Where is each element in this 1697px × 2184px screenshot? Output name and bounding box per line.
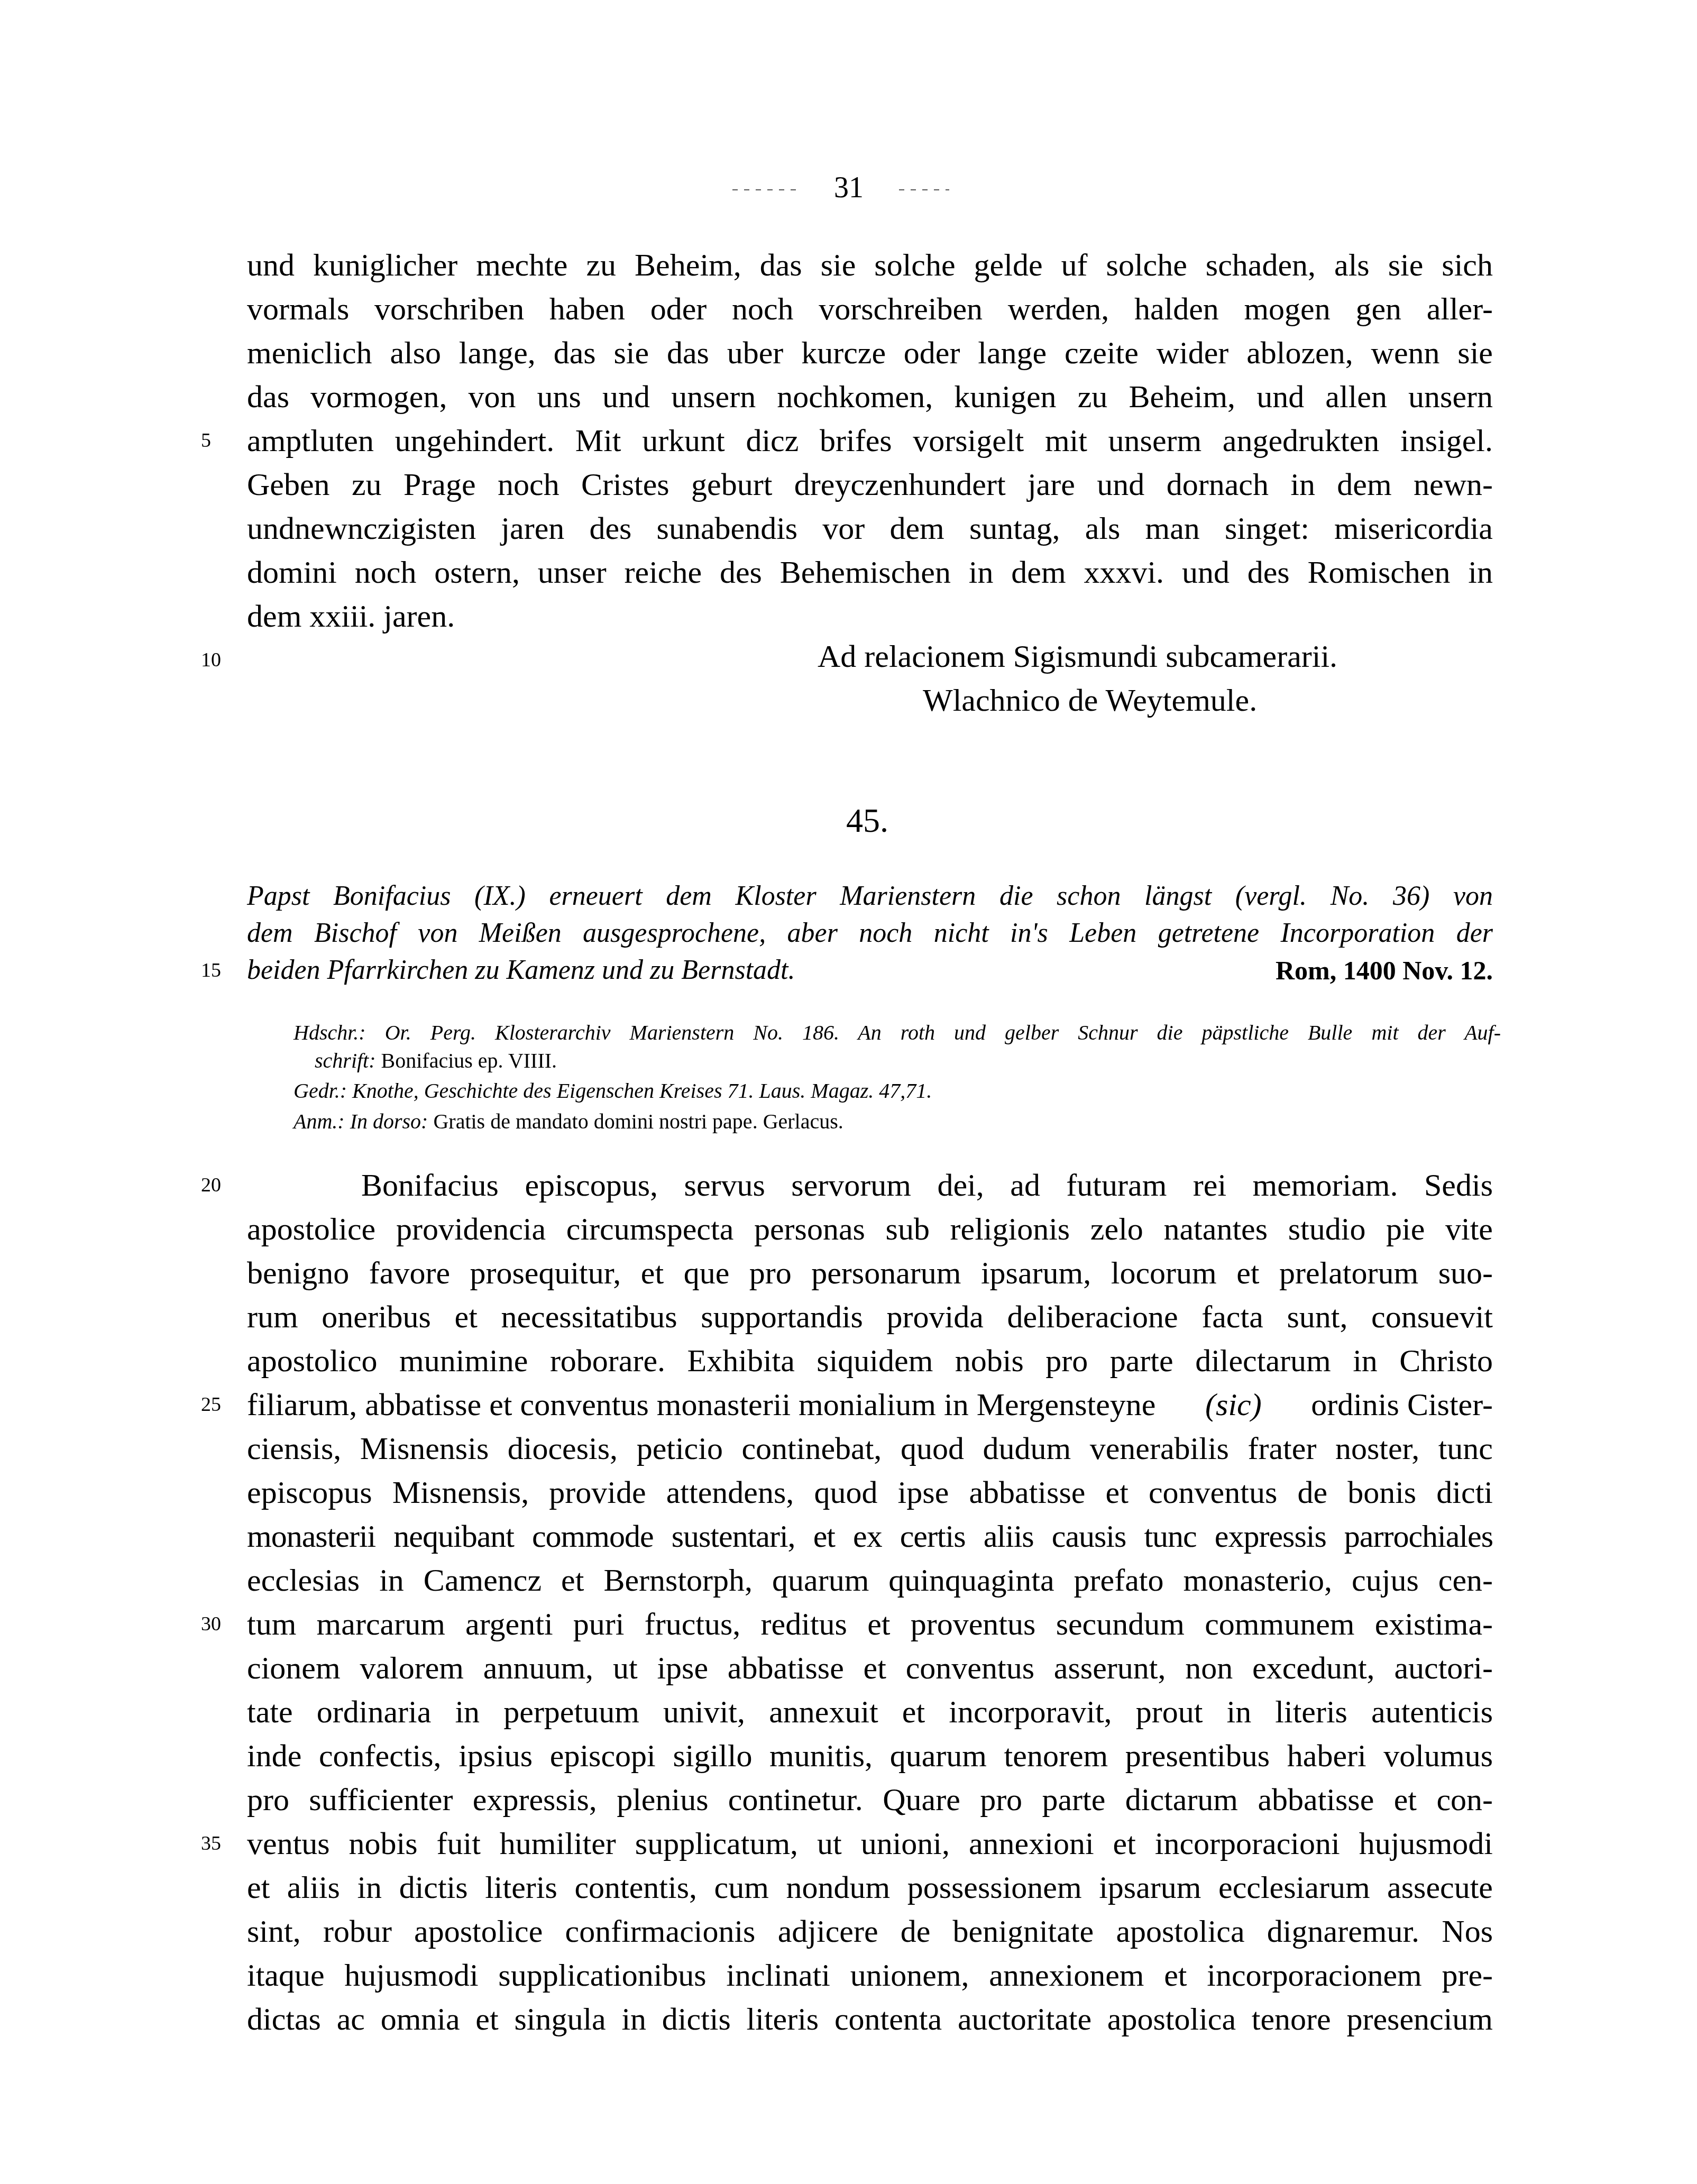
ornamental-rule-right [899,189,949,190]
running-head: 31 [0,169,1697,206]
apparatus-gedr: Gedr.: Knothe, Geschichte des Eigenschen… [293,1076,1501,1106]
apparatus-note: Gratis de mandato domini nostri pape. Ge… [433,1109,843,1133]
apparatus-text: In dorso: [350,1109,428,1133]
text-segment: ordinis Cister- [1311,1383,1493,1427]
text-line: tate ordinaria in perpetuum univit, anne… [247,1690,1493,1734]
sic-annotation: (sic) [1205,1383,1262,1427]
text-line: domini noch ostern, unser reiche des Beh… [247,550,1493,594]
line-number: 25 [201,1383,238,1427]
document-page: 31 und kuniglicher mechte zu Beheim, das… [0,0,1697,2184]
text-line: ventus nobis fuit humiliter supplicatum,… [247,1822,1493,1866]
apparatus-label: Gedr.: [293,1079,347,1103]
text-line: monasterii nequibant commode sustentari,… [247,1515,1493,1558]
text-line: tum marcarum argenti puri fructus, redit… [247,1602,1493,1646]
text-line: undnewnczigisten jaren des sunabendis vo… [247,507,1493,550]
text-line: episcopus Misnensis, provide attendens, … [247,1471,1493,1515]
apparatus-text: Or. Perg. Klosterarchiv Marienstern No. … [385,1021,1501,1044]
dateline: Rom, 1400 Nov. 12. [1252,952,1493,989]
line-number: 10 [201,638,238,682]
text-line: Bonifacius episcopus, servus servorum de… [361,1163,1493,1207]
text-line: ecclesias in Camencz et Bernstorph, quar… [247,1558,1493,1602]
text-line: sint, robur apostolice confirmacionis ad… [247,1910,1493,1953]
text-line: dem xxiii. jaren. [247,594,1493,638]
text-line: dictas ac omnia et singula in dictis lit… [247,1997,1493,2041]
apparatus-inscription: Bonifacius ep. VIIII. [381,1049,557,1072]
text-line: inde confectis, ipsius episcopi sigillo … [247,1734,1493,1778]
text-line: und kuniglicher mechte zu Beheim, das si… [247,243,1493,287]
regest-line: beiden Pfarrkirchen zu Kamenz und zu Ber… [247,952,1146,989]
text-line: apostolico munimine roborare. Exhibita s… [247,1339,1493,1383]
apparatus-text: Knothe, Geschichte des Eigenschen Kreise… [352,1079,932,1103]
line-number: 20 [201,1163,238,1207]
text-line: apostolice providencia circumspecta pers… [247,1207,1493,1251]
signature-scribe: Wlachnico de Weytemule. [923,678,1257,722]
regest-line: Papst Bonifacius (IX.) erneuert dem Klos… [247,878,1493,915]
page-number: 31 [825,169,873,206]
text-line: amptluten ungehindert. Mit urkunt dicz b… [247,419,1493,463]
text-line: ciensis, Misnensis diocesis, peticio con… [247,1427,1493,1471]
text-line: filiarum, abbatisse et conventus monaste… [247,1383,1493,1427]
apparatus-anm: Anm.: In dorso: Gratis de mandato domini… [293,1107,1501,1136]
apparatus-label: Anm.: [293,1109,345,1133]
signature-relacio: Ad relacionem Sigismundi subcamerarii. [818,635,1337,678]
text-line: itaque hujusmodi supplicationibus inclin… [247,1953,1493,1997]
text-line: Geben zu Prage noch Cristes geburt dreyc… [247,463,1493,507]
text-line: rum oneribus et necessitatibus supportan… [247,1295,1493,1339]
text-line: meniclich also lange, das sie das uber k… [247,331,1493,375]
apparatus-hdschr: Hdschr.: Or. Perg. Klosterarchiv Mariens… [293,1018,1501,1048]
ornamental-rule-left [732,189,799,190]
apparatus-text: schrift: [315,1049,376,1072]
text-line: benigno favore prosequitur, et que pro p… [247,1251,1493,1295]
text-line: pro sufficienter expressis, plenius cont… [247,1778,1493,1822]
text-segment: filiarum, abbatisse et conventus monaste… [247,1383,1156,1427]
text-line: vormals vorschriben haben oder noch vors… [247,287,1493,331]
regest-line: dem Bischof von Meißen ausgesprochene, a… [247,915,1493,952]
text-line: das vormogen, von uns und unsern nochkom… [247,375,1493,419]
line-number: 15 [201,952,238,989]
apparatus-label: Hdschr.: [293,1021,366,1044]
text-line: cionem valorem annuum, ut ipse abbatisse… [247,1646,1493,1690]
apparatus-hdschr-cont: schrift: Bonifacius ep. VIIII. [315,1046,1501,1076]
line-number: 35 [201,1822,238,1866]
text-line: et aliis in dictis literis contentis, cu… [247,1866,1493,1910]
document-number: 45. [825,799,910,842]
line-number: 30 [201,1602,238,1646]
line-number: 5 [201,419,238,463]
